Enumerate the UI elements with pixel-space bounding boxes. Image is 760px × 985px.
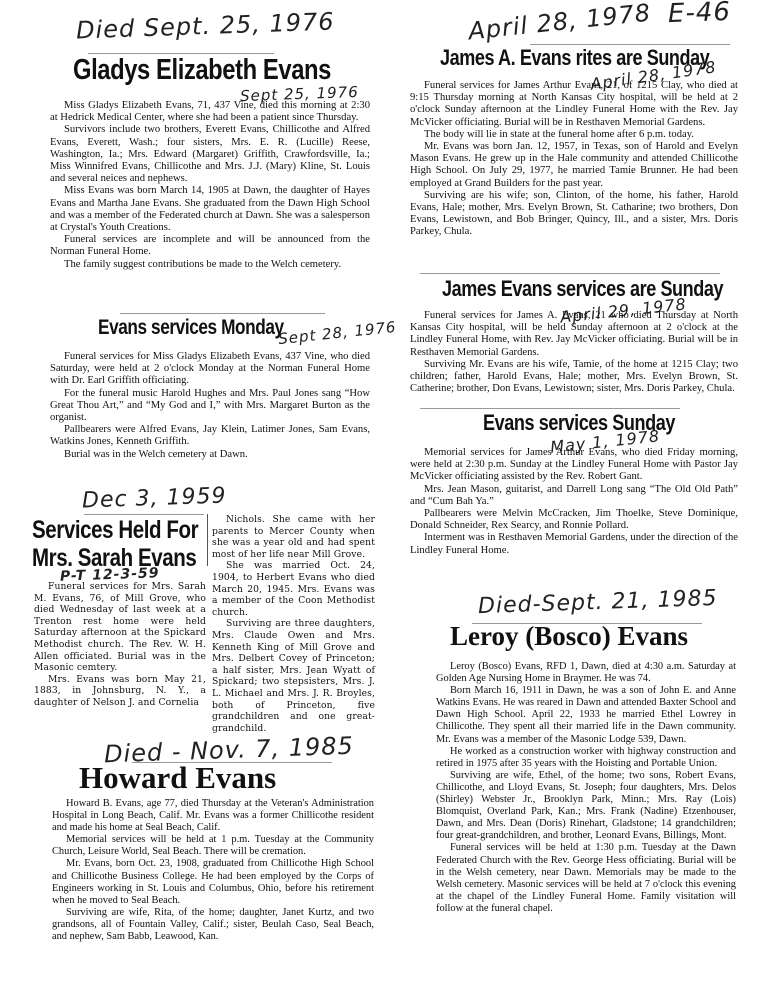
paragraph: For the funeral music Harold Hughes and … — [50, 388, 370, 425]
headline: Leroy (Bosco) Evans — [450, 620, 688, 652]
paragraph: Pallbearers were Melvin McCracken, Jim T… — [410, 508, 738, 532]
paragraph: Interment was in Resthaven Memorial Gard… — [410, 532, 738, 556]
divider — [84, 514, 204, 515]
paragraph: Leroy (Bosco) Evans, RFD 1, Dawn, died a… — [436, 661, 736, 685]
divider — [420, 408, 680, 409]
headline: Evans services Monday — [98, 316, 284, 340]
headline-line-1: Services Held For — [32, 516, 198, 544]
paragraph: Funeral services are incomplete and will… — [50, 234, 370, 258]
paragraph: Surviving are three daughters, Mrs. Clau… — [212, 618, 375, 734]
article-body: Funeral services for James Arthur Evans,… — [410, 80, 738, 239]
paragraph: Funeral services for James A. Evans, 21 … — [410, 310, 738, 359]
divider — [420, 273, 720, 274]
column-divider — [207, 514, 208, 566]
paragraph: Funeral services will be held at 1:30 p.… — [436, 842, 736, 915]
handwritten-date: Died-Sept. 21, 1985 — [478, 586, 718, 619]
article-body: Miss Gladys Elizabeth Evans, 71, 437 Vin… — [50, 100, 370, 271]
paragraph: She was married Oct. 24, 1904, to Herber… — [212, 560, 375, 618]
article-body: Howard B. Evans, age 77, died Thursday a… — [52, 798, 374, 943]
paragraph: Nichols. She came with her parents to Me… — [212, 514, 375, 560]
handwritten-date: April 28, 1978 — [467, 0, 652, 46]
paragraph: Mr. Evans was born Jan. 12, 1957, in Tex… — [410, 141, 738, 190]
paragraph: Memorial services for James Arthur Evans… — [410, 447, 738, 484]
paragraph: Miss Evans was born March 14, 1905 at Da… — [50, 185, 370, 234]
article-body: Leroy (Bosco) Evans, RFD 1, Dawn, died a… — [436, 661, 736, 915]
paragraph: Mr. Evans, born Oct. 23, 1908, graduated… — [52, 858, 374, 906]
paragraph: Pallbearers were Alfred Evans, Jay Klein… — [50, 424, 370, 448]
paragraph: Funeral services for Miss Gladys Elizabe… — [50, 351, 370, 388]
article-body-column-2: Nichols. She came with her parents to Me… — [212, 514, 375, 734]
paragraph: Mrs. Evans was born May 21, 1883, in Joh… — [34, 674, 206, 709]
paragraph: Surviving are wife, Ethel, of the home; … — [436, 770, 736, 843]
article-body: Funeral services for Miss Gladys Elizabe… — [50, 351, 370, 461]
paragraph: Funeral services for Mrs. Sarah M. Evans… — [34, 581, 206, 674]
page-label: E-46 — [667, 0, 731, 29]
article-body-column-1: Funeral services for Mrs. Sarah M. Evans… — [34, 581, 206, 709]
handwritten-date: Dec 3, 1959 — [82, 483, 227, 513]
paragraph: The family suggest contributions be made… — [50, 259, 370, 271]
article-body: Memorial services for James Arthur Evans… — [410, 447, 738, 557]
paragraph: Burial was in the Welch cemetery at Dawn… — [50, 449, 370, 461]
paragraph: Surviving Mr. Evans are his wife, Tamie,… — [410, 359, 738, 396]
paragraph: Survivors include two brothers, Everett … — [50, 124, 370, 185]
paragraph: Funeral services for James Arthur Evans,… — [410, 80, 738, 129]
paragraph: Mrs. Jean Mason, guitarist, and Darrell … — [410, 484, 738, 508]
margin-note: Sept 28, 1976 — [277, 318, 397, 348]
paragraph: Howard B. Evans, age 77, died Thursday a… — [52, 798, 374, 834]
divider — [120, 313, 325, 314]
headline: Gladys Elizabeth Evans — [73, 54, 331, 87]
paragraph: Surviving are wife, Rita, of the home; d… — [52, 907, 374, 943]
paragraph: Miss Gladys Elizabeth Evans, 71, 437 Vin… — [50, 100, 370, 124]
article-body: Funeral services for James A. Evans, 21 … — [410, 310, 738, 395]
paragraph: Surviving are his wife; son, Clinton, of… — [410, 190, 738, 239]
paragraph: The body will lie in state at the funera… — [410, 129, 738, 141]
paragraph: Memorial services will be held at 1 p.m.… — [52, 834, 374, 858]
paragraph: Born March 16, 1911 in Dawn, he was a so… — [436, 685, 736, 745]
headline: Howard Evans — [79, 761, 276, 795]
paragraph: He worked as a construction worker with … — [436, 746, 736, 770]
handwritten-date: Died Sept. 25, 1976 — [76, 7, 335, 44]
